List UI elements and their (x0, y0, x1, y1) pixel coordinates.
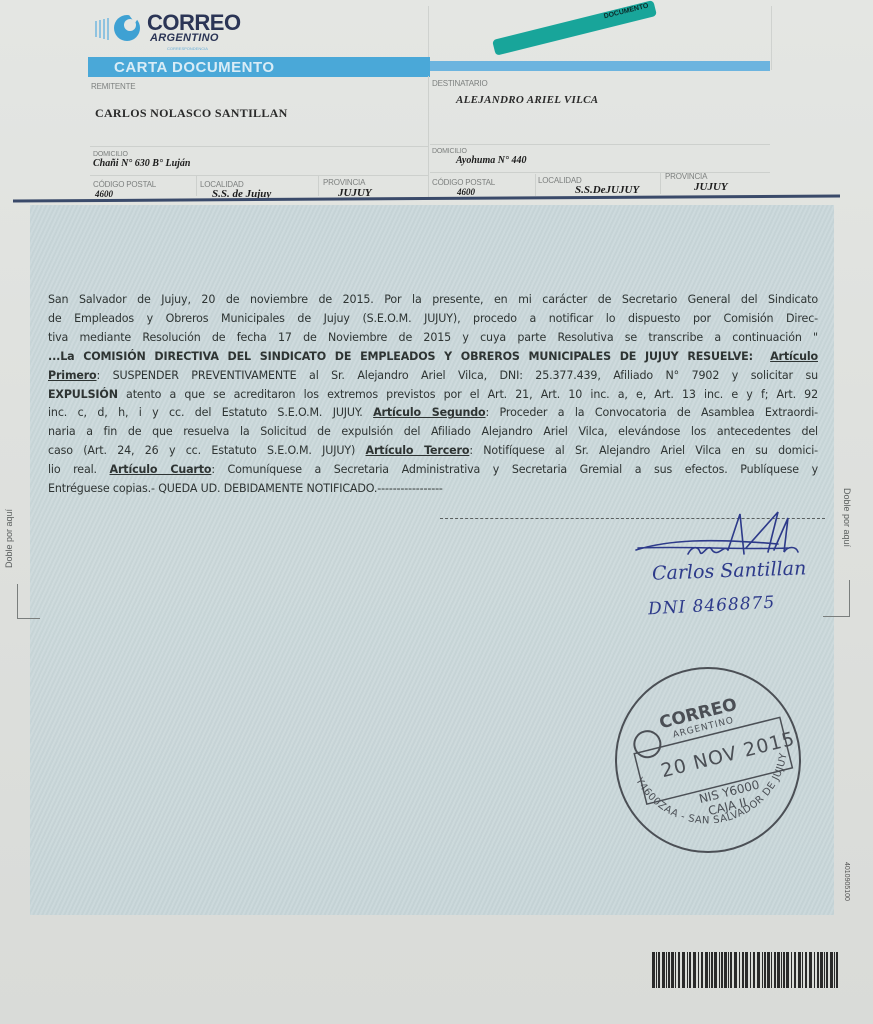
remitente-cp-label: CÓDIGO POSTAL (93, 180, 156, 189)
divider (196, 176, 197, 196)
letter-line: ...La COMISIÓN DIRECTIVA DEL SINDICATO D… (48, 348, 818, 367)
article-2-text: : Proceder a la Convocatoria de Asamblea… (486, 406, 818, 419)
article-2-text-end: caso (Art. 24, 26 y cc. Estatuto S.E.O.M… (48, 444, 366, 457)
divider (90, 146, 428, 147)
article-1-text-end: inc. c, d, h, i y cc. del Estatuto S.E.O… (48, 406, 373, 419)
article-3-label: Artículo Tercero (366, 444, 470, 457)
remitente-domicilio: Chañi N° 630 B° Luján (93, 158, 190, 169)
title-bar-extension (430, 61, 770, 71)
destinatario-cp: 4600 (457, 187, 475, 197)
header-rule (13, 194, 840, 202)
article-1-label-a: Artículo (770, 350, 818, 363)
divider (90, 175, 428, 176)
fold-mark-left (17, 584, 40, 619)
postmark-icon: CORREO ARGENTINO 20 NOV 2015 NIS Y6000 C… (608, 660, 808, 860)
divider (430, 172, 770, 173)
destinatario-domicilio-label: DOMICILIO (432, 148, 467, 155)
remitente-cp: 4600 (95, 189, 113, 199)
form-title-bar: CARTA DOCUMENTO (88, 57, 430, 77)
letter-line: lio real. Artículo Cuarto: Comuníquese a… (48, 461, 818, 480)
carta-documento-page: CORREO ARGENTINO CORRESPONDENCIA CARTA D… (0, 0, 873, 1024)
handwritten-signature: Carlos Santillan DNI 8468875 (628, 508, 838, 628)
destinatario-provincia-label: PROVINCIA (665, 172, 707, 181)
remitente-name: CARLOS NOLASCO SANTILLAN (95, 106, 288, 121)
correo-logo-icon (95, 13, 143, 43)
letter-closing: Entréguese copias.- QUEDA UD. DEBIDAMENT… (48, 480, 443, 499)
letter-line: caso (Art. 24, 26 y cc. Estatuto S.E.O.M… (48, 442, 818, 461)
remitente-label: REMITENTE (91, 82, 135, 91)
article-1-text: : SUSPENDER PREVENTIVAMENTE al Sr. Aleja… (97, 369, 818, 382)
destinatario-name: ALEJANDRO ARIEL VILCA (456, 94, 598, 106)
barcode-icon (652, 952, 839, 988)
letter-text: San Salvador de Jujuy, 20 de noviembre d… (48, 291, 818, 499)
remitente-domicilio-label: DOMICILIO (93, 151, 128, 158)
correo-argentino-logo: CORREO ARGENTINO CORRESPONDENCIA (95, 10, 245, 50)
divider (660, 172, 661, 194)
brand-tagline: CORRESPONDENCIA (167, 46, 208, 51)
resuelve-heading: ...La COMISIÓN DIRECTIVA DEL SINDICATO D… (48, 350, 749, 363)
form-serial-number: 4010905100 (843, 862, 850, 901)
article-2-label: Artículo Segundo (373, 406, 485, 419)
article-1-text-cont: atento a que se acreditaron los extremos… (118, 388, 818, 401)
article-3-text: : Notifíquese al Sr. Alejandro Ariel Vil… (469, 444, 818, 457)
fold-mark-right (823, 580, 850, 617)
destinatario-provincia: JUJUY (694, 181, 728, 193)
postmark-stamp: CORREO ARGENTINO 20 NOV 2015 NIS Y6000 C… (608, 660, 808, 860)
fold-here-label-left: Doble por aquí (4, 509, 14, 568)
fold-here-label-right: Doble por aquí (842, 488, 852, 547)
divider (535, 174, 536, 196)
letter-line: naria a fin de que resuelva la Solicitud… (48, 423, 818, 442)
article-3-text-end: lio real. (48, 463, 110, 476)
letter-line: San Salvador de Jujuy, 20 de noviembre d… (48, 291, 818, 310)
article-4-text: : Comuníquese a Secretaria Administrativ… (211, 463, 818, 476)
divider (430, 144, 770, 145)
destinatario-label: DESTINATARIO (432, 79, 488, 88)
form-title: CARTA DOCUMENTO (114, 59, 275, 76)
destinatario-cp-label: CÓDIGO POSTAL (432, 178, 495, 187)
letter-line: tiva mediante Resolución de fecha 17 de … (48, 329, 818, 348)
article-1-label-b: Primero (48, 369, 97, 382)
letter-line: de Empleados y Obreros Municipales de Ju… (48, 310, 818, 329)
letter-line: EXPULSIÓN atento a que se acreditaron lo… (48, 386, 818, 405)
brand-subname: ARGENTINO (150, 32, 219, 44)
expulsion-word: EXPULSIÓN (48, 388, 118, 401)
destinatario-localidad: S.S.DeJUJUY (575, 184, 639, 196)
destinatario-domicilio: Ayohuma N° 440 (456, 155, 527, 166)
divider (318, 176, 319, 196)
article-4-label: Artículo Cuarto (110, 463, 212, 476)
letter-line: Primero: SUSPENDER PREVENTIVAMENTE al Sr… (48, 367, 818, 386)
remitente-provincia-label: PROVINCIA (323, 178, 365, 187)
divider (428, 76, 429, 198)
letter-line: inc. c, d, h, i y cc. del Estatuto S.E.O… (48, 404, 818, 423)
brand-name: CORREO (147, 12, 241, 34)
